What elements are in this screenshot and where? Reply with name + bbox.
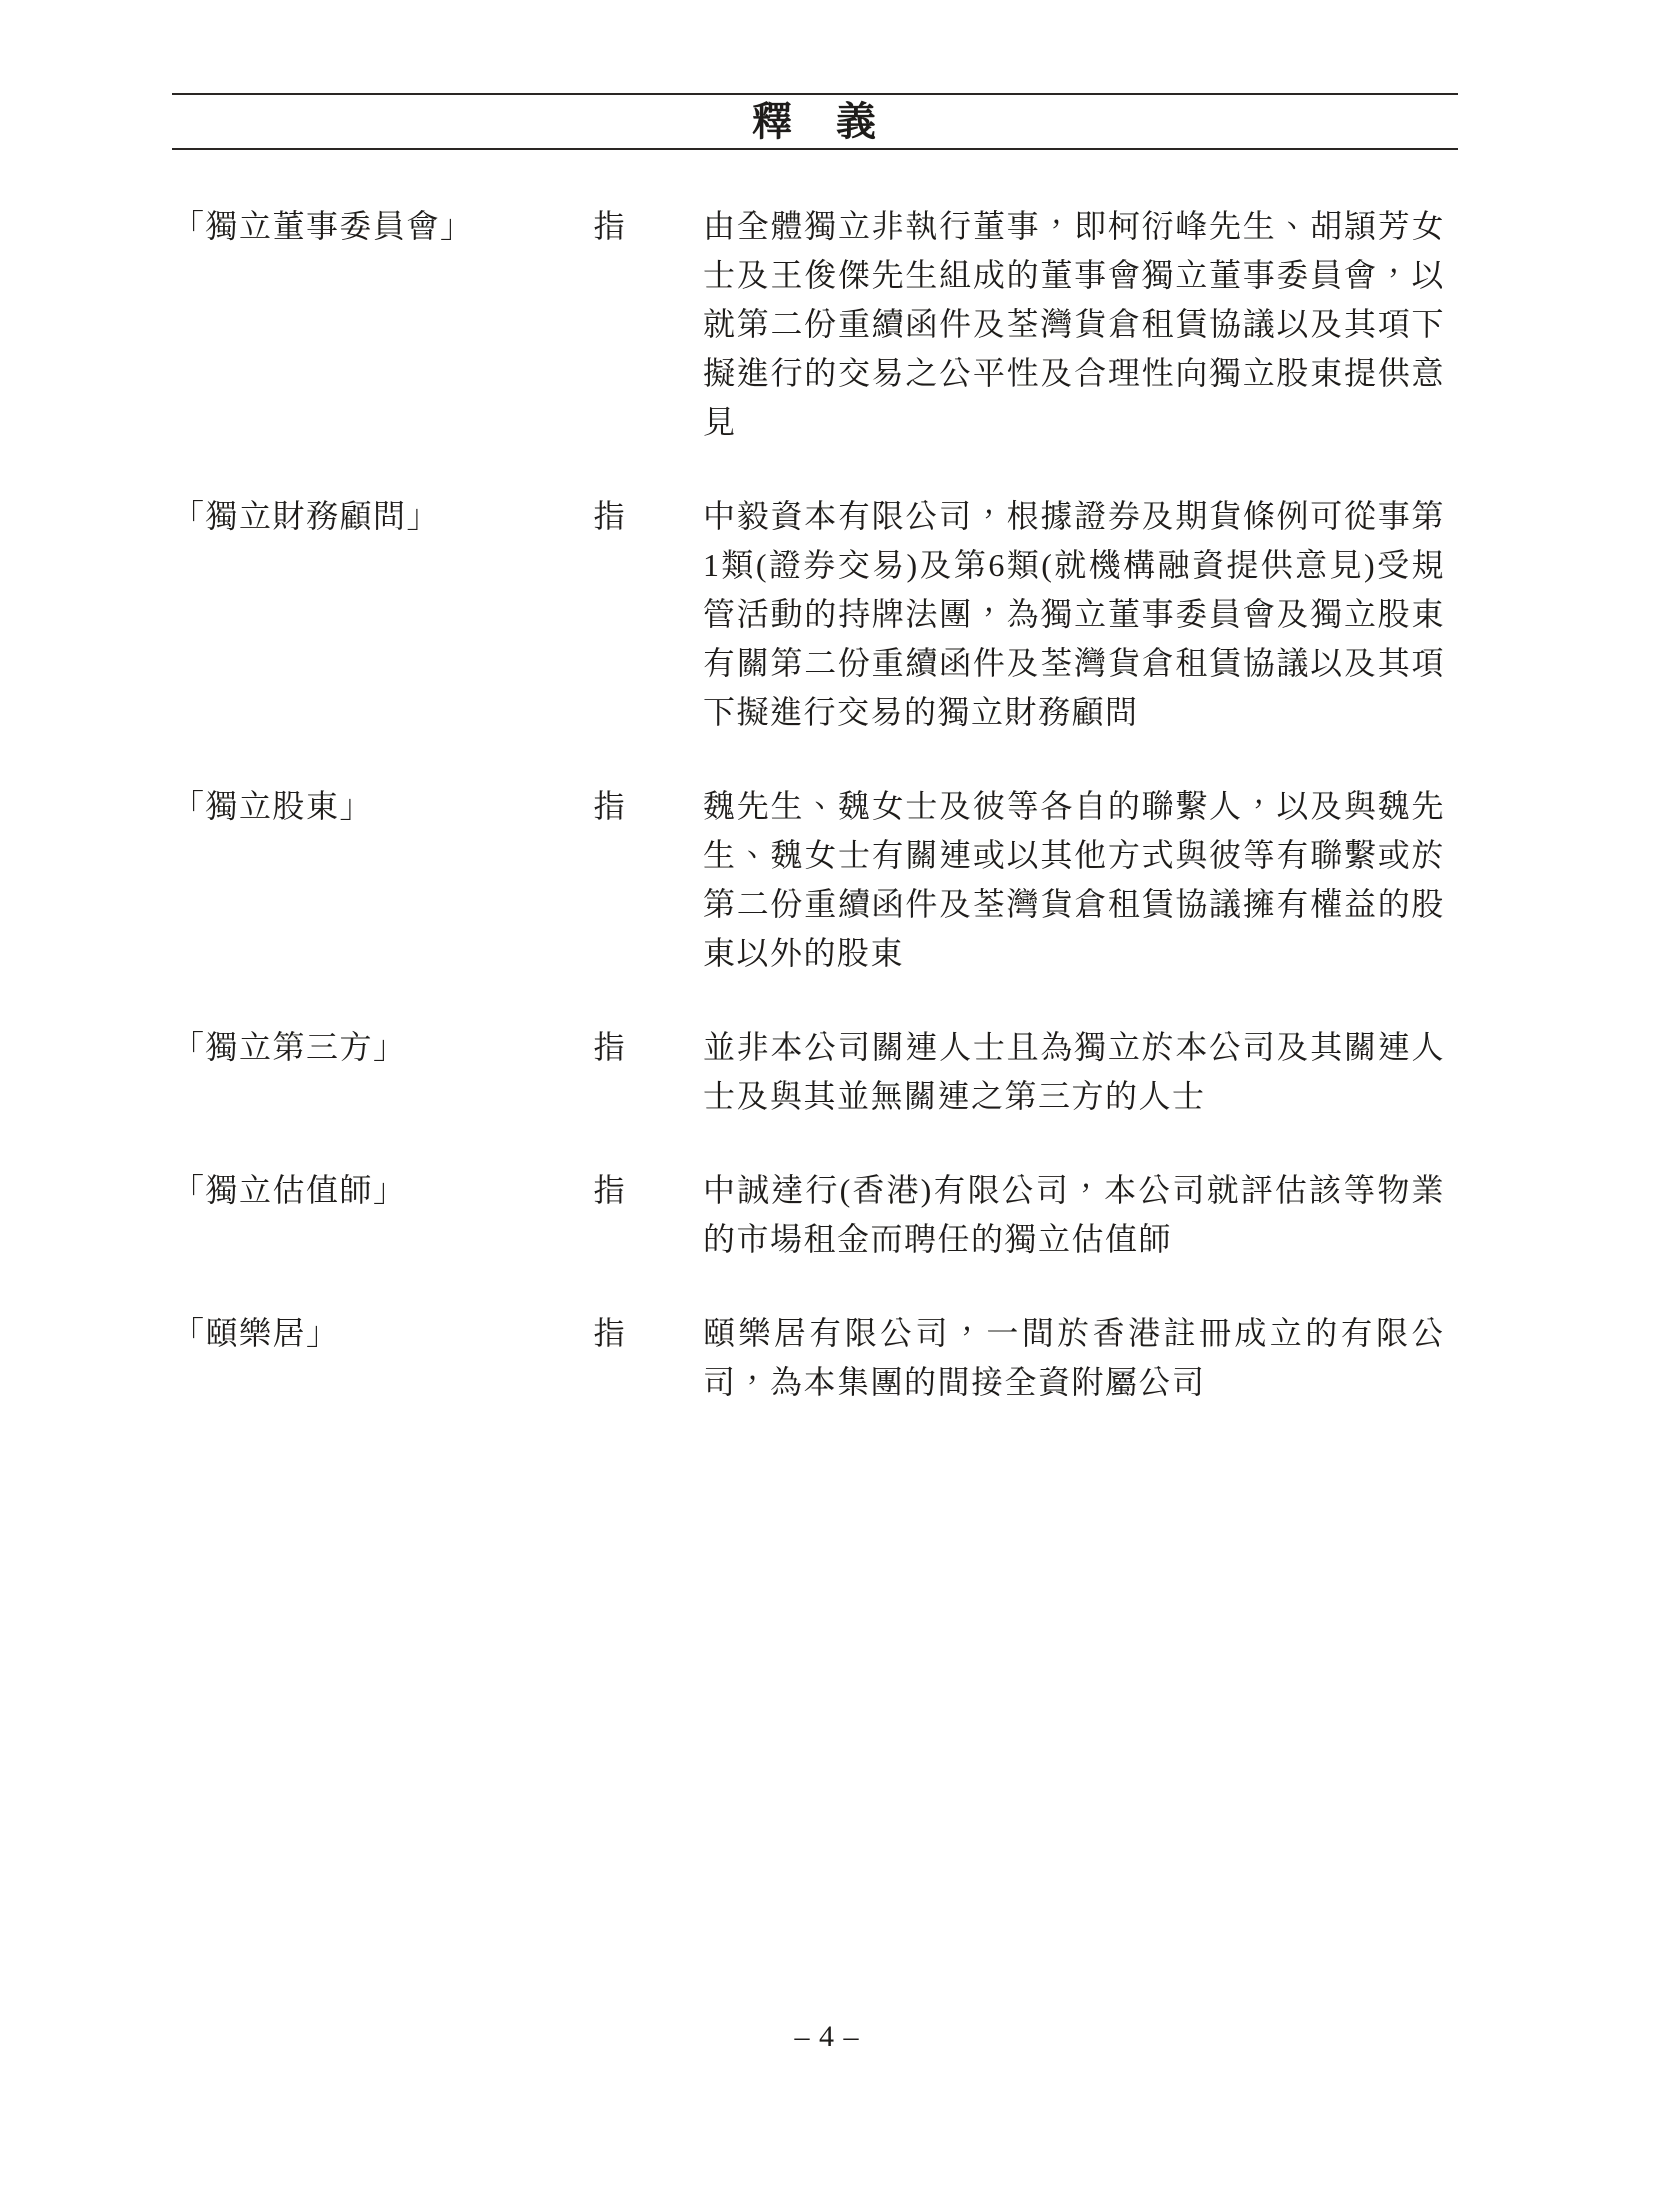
connector-label: 指 <box>593 1309 703 1358</box>
definition-text: 並非本公司關連人士且為獨立於本公司及其關連人士及與其並無關連之第三方的人士 <box>703 1023 1445 1121</box>
definition-row: 「獨立財務顧問」 指 中毅資本有限公司，根據證券及期貨條例可從事第1類(證券交易… <box>172 492 1458 737</box>
term-label: 「獨立董事委員會」 <box>172 202 593 251</box>
definition-text: 頤樂居有限公司，一間於香港註冊成立的有限公司，為本集團的間接全資附屬公司 <box>703 1309 1445 1407</box>
definition-row: 「獨立股東」 指 魏先生、魏女士及彼等各自的聯繫人，以及與魏先生、魏女士有關連或… <box>172 782 1458 978</box>
connector-label: 指 <box>593 782 703 831</box>
term-label: 「頤樂居」 <box>172 1309 593 1358</box>
page-title: 釋 義 <box>752 102 878 142</box>
definition-row: 「獨立董事委員會」 指 由全體獨立非執行董事，即柯衍峰先生、胡頴芳女士及王俊傑先… <box>172 202 1458 447</box>
definition-row: 「獨立估值師」 指 中誠達行(香港)有限公司，本公司就評估該等物業的市場租金而聘… <box>172 1166 1458 1264</box>
connector-label: 指 <box>593 492 703 541</box>
definition-row: 「獨立第三方」 指 並非本公司關連人士且為獨立於本公司及其關連人士及與其並無關連… <box>172 1023 1458 1121</box>
definition-text: 中毅資本有限公司，根據證券及期貨條例可從事第1類(證券交易)及第6類(就機構融資… <box>703 492 1445 737</box>
page-number: – 4 – <box>0 2012 1654 2061</box>
definition-text: 中誠達行(香港)有限公司，本公司就評估該等物業的市場租金而聘任的獨立估值師 <box>703 1166 1445 1264</box>
definition-text: 由全體獨立非執行董事，即柯衍峰先生、胡頴芳女士及王俊傑先生組成的董事會獨立董事委… <box>703 202 1445 447</box>
definition-text: 魏先生、魏女士及彼等各自的聯繫人，以及與魏先生、魏女士有關連或以其他方式與彼等有… <box>703 782 1445 978</box>
term-label: 「獨立股東」 <box>172 782 593 831</box>
header-band: 釋 義 <box>172 93 1458 150</box>
connector-label: 指 <box>593 1166 703 1215</box>
definition-row: 「頤樂居」 指 頤樂居有限公司，一間於香港註冊成立的有限公司，為本集團的間接全資… <box>172 1309 1458 1407</box>
connector-label: 指 <box>593 1023 703 1072</box>
document-page: 釋 義 「獨立董事委員會」 指 由全體獨立非執行董事，即柯衍峰先生、胡頴芳女士及… <box>0 0 1654 2205</box>
connector-label: 指 <box>593 202 703 251</box>
term-label: 「獨立第三方」 <box>172 1023 593 1072</box>
term-label: 「獨立估值師」 <box>172 1166 593 1215</box>
definitions-list: 「獨立董事委員會」 指 由全體獨立非執行董事，即柯衍峰先生、胡頴芳女士及王俊傑先… <box>172 202 1458 1452</box>
term-label: 「獨立財務顧問」 <box>172 492 593 541</box>
